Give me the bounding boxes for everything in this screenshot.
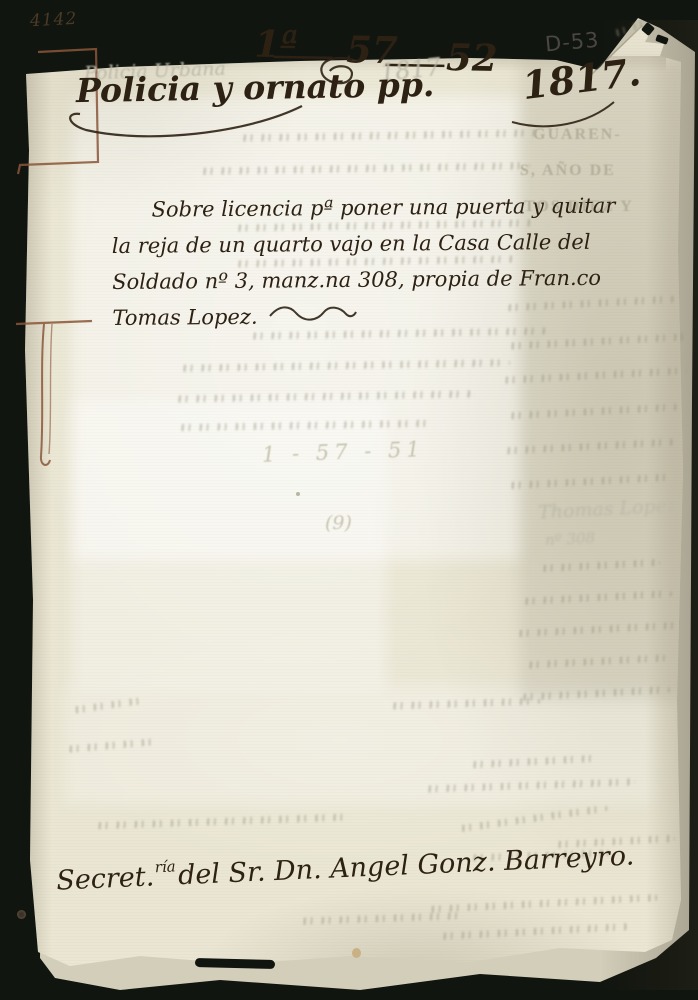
page-left-edge-shadow (24, 60, 52, 960)
document-scan: GUAREN- S, AÑO DE TOS DIEZ Y Thomas Lope… (0, 0, 698, 1000)
stamp-text-line: S, AÑO DE (520, 162, 616, 180)
pencil-mark (296, 492, 300, 496)
flourish-under-year (508, 98, 618, 130)
series-third: 52 (446, 35, 498, 80)
signature-superscript: ría (154, 857, 176, 876)
archive-number: 4142 (30, 9, 78, 31)
pencil-page-number: (9) (325, 512, 352, 534)
binding-hole (17, 910, 26, 919)
body-line: la reja de un quarto vajo en la Casa Cal… (112, 224, 572, 264)
flourish-under-title (56, 100, 306, 148)
paper-spot (352, 948, 361, 958)
bleedthrough-fragment: nº 308 (545, 529, 596, 550)
flourish-after-name (268, 300, 358, 326)
body-line: Soldado nº 3, manz.na 308, propia de Fra… (112, 260, 572, 300)
signature-prefix: Secret. (56, 861, 155, 896)
body-line: Sobre licencia pª poner una puerta y qui… (111, 188, 571, 228)
binding-stitch (14, 316, 106, 476)
pencil-reference: D-53 (544, 28, 600, 57)
